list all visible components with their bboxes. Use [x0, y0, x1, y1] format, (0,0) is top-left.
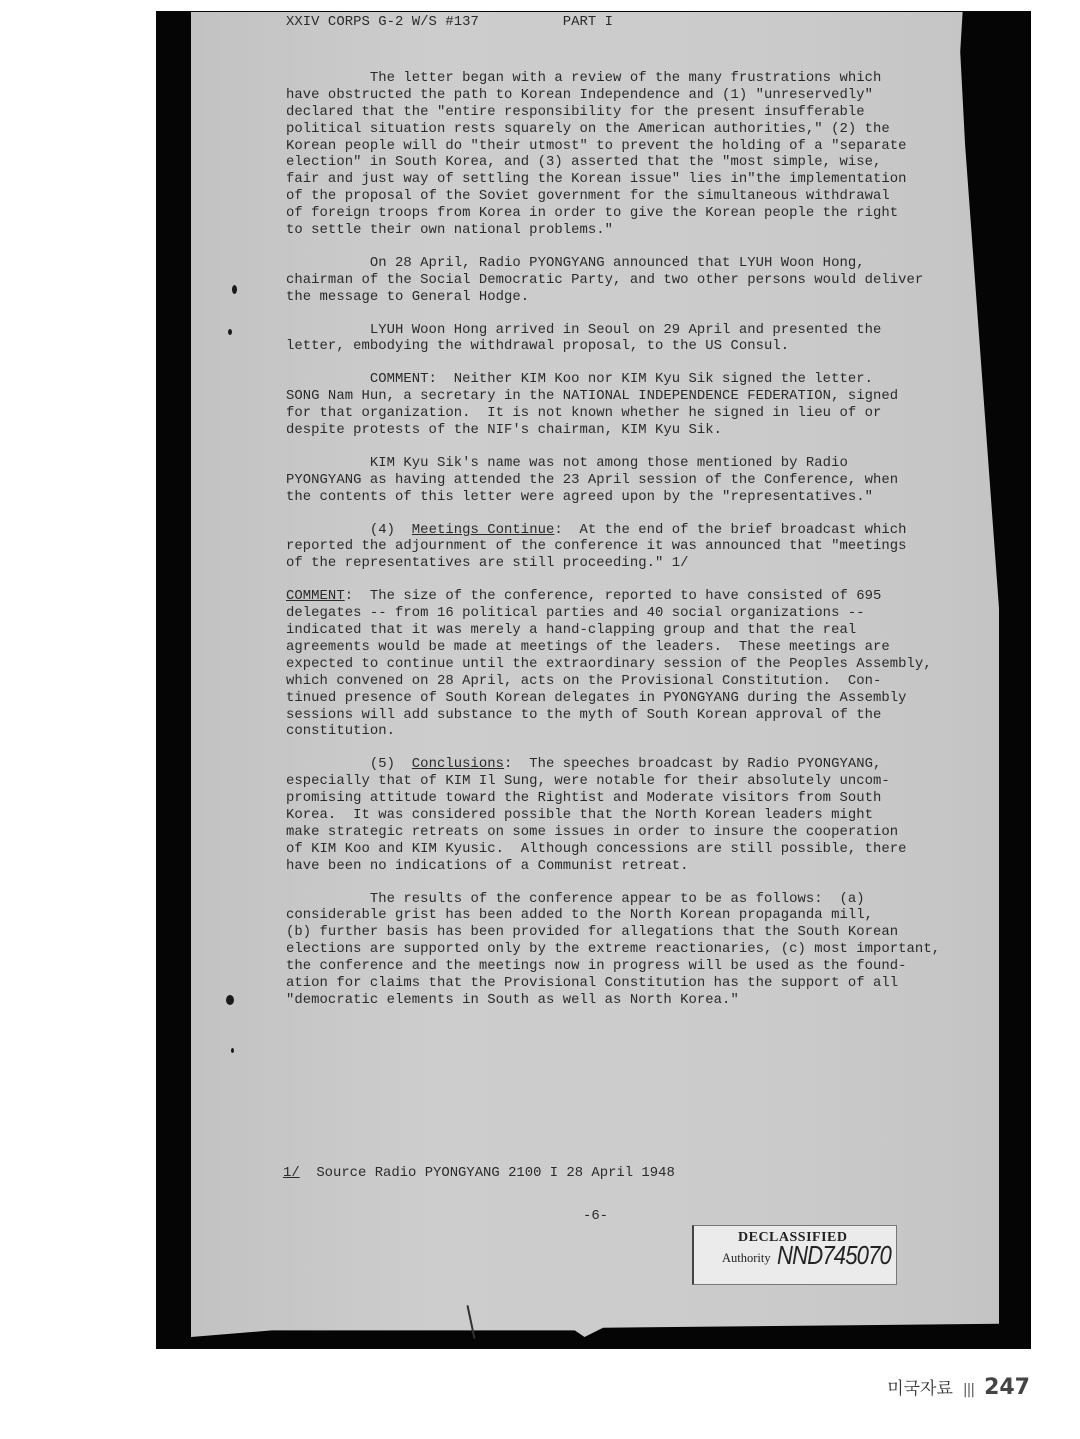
- heading-prefix: (4): [286, 522, 412, 538]
- text-line: elections are supported only by the extr…: [286, 941, 946, 958]
- heading-suffix: : The size of the conference, reported t…: [345, 588, 882, 604]
- text-line: make strategic retreats on some issues i…: [286, 824, 946, 841]
- paragraph-lyuh-arrival: LYUH Woon Hong arrived in Seoul on 29 Ap…: [286, 322, 946, 356]
- text-line: for that organization. It is not known w…: [286, 405, 946, 422]
- paragraph-letter-review: The letter began with a review of the ma…: [286, 70, 946, 239]
- text-line: which convened on 28 April, acts on the …: [286, 673, 946, 690]
- text-line: have obstructed the path to Korean Indep…: [286, 87, 946, 104]
- text-line: of the proposal of the Soviet government…: [286, 188, 946, 205]
- stamp-authority-label: Authority: [722, 1251, 771, 1266]
- text-line: KIM Kyu Sik's name was not among those m…: [286, 455, 946, 472]
- document-page-number: -6-: [583, 1208, 608, 1224]
- text-line: agreements would be made at meetings of …: [286, 639, 946, 656]
- text-line: On 28 April, Radio PYONGYANG announced t…: [286, 255, 946, 272]
- text-line: The letter began with a review of the ma…: [286, 70, 946, 87]
- heading-prefix: (5): [286, 756, 412, 772]
- heading-suffix: : The speeches broadcast by Radio PYONGY…: [504, 756, 881, 772]
- text-line: The results of the conference appear to …: [286, 891, 946, 908]
- text-line: promising attitude toward the Rightist a…: [286, 790, 946, 807]
- text-line: Korean people will do "their utmost" to …: [286, 138, 946, 155]
- paragraph-results: The results of the conference appear to …: [286, 891, 946, 1009]
- text-line: SONG Nam Hun, a secretary in the NATIONA…: [286, 388, 946, 405]
- text-line: PYONGYANG as having attended the 23 Apri…: [286, 472, 946, 489]
- text-line: expected to continue until the extraordi…: [286, 656, 946, 673]
- text-line: considerable grist has been added to the…: [286, 907, 946, 924]
- text-line: of the representatives are still proceed…: [286, 555, 946, 572]
- document-body: XXIV CORPS G-2 W/S #137 PART I The lette…: [286, 14, 946, 1025]
- section-4-meetings-continue: (4) Meetings Continue: At the end of the…: [286, 522, 946, 573]
- margin-mark: [231, 1048, 234, 1053]
- text-line: political situation rests squarely on th…: [286, 121, 946, 138]
- text-line: especially that of KIM Il Sung, were not…: [286, 773, 946, 790]
- text-line: letter, embodying the withdrawal proposa…: [286, 338, 946, 355]
- text-line: declared that the "entire responsibility…: [286, 104, 946, 121]
- text-line: "democratic elements in South as well as…: [286, 992, 946, 1009]
- text-line: the message to General Hodge.: [286, 289, 946, 306]
- book-section-title: 미국자료: [887, 1374, 953, 1399]
- text-line: delegates -- from 16 political parties a…: [286, 605, 946, 622]
- text-line: despite protests of the NIF's chairman, …: [286, 422, 946, 439]
- text-line: of KIM Koo and KIM Kyusic. Although conc…: [286, 841, 946, 858]
- heading-suffix: : At the end of the brief broadcast whic…: [554, 522, 906, 538]
- text-line: COMMENT: Neither KIM Koo nor KIM Kyu Sik…: [286, 371, 946, 388]
- text-line: COMMENT: The size of the conference, rep…: [286, 588, 946, 605]
- text-line: sessions will add substance to the myth …: [286, 707, 946, 724]
- text-line: to settle their own national problems.": [286, 222, 946, 239]
- text-line: indicated that it was merely a hand-clap…: [286, 622, 946, 639]
- book-page-number: 247: [984, 1375, 1030, 1400]
- text-line: fair and just way of settling the Korean…: [286, 171, 946, 188]
- text-line: chairman of the Social Democratic Party,…: [286, 272, 946, 289]
- text-line: the conference and the meetings now in p…: [286, 958, 946, 975]
- paragraph-comment-signers: COMMENT: Neither KIM Koo nor KIM Kyu Sik…: [286, 371, 946, 439]
- section-heading: Meetings Continue: [412, 522, 555, 538]
- footnote-text: Source Radio PYONGYANG 2100 I 28 April 1…: [300, 1165, 675, 1181]
- section-5-conclusions: (5) Conclusions: The speeches broadcast …: [286, 756, 946, 874]
- stamp-authority-value: NND745070: [777, 1240, 891, 1271]
- text-line: election" in South Korea, and (3) assert…: [286, 154, 946, 171]
- paragraph-comment-conference-size: COMMENT: The size of the conference, rep…: [286, 588, 946, 740]
- margin-mark: [226, 995, 234, 1005]
- text-line: Korea. It was considered possible that t…: [286, 807, 946, 824]
- text-line: LYUH Woon Hong arrived in Seoul on 29 Ap…: [286, 322, 946, 339]
- footnote: 1/ Source Radio PYONGYANG 2100 I 28 Apri…: [283, 1165, 675, 1181]
- paragraph-radio-announcement: On 28 April, Radio PYONGYANG announced t…: [286, 255, 946, 306]
- section-heading: Conclusions: [412, 756, 504, 772]
- text-line: reported the adjournment of the conferen…: [286, 538, 946, 555]
- comment-heading: COMMENT: [286, 588, 345, 604]
- footnote-marker: 1/: [283, 1165, 300, 1181]
- text-line: of foreign troops from Korea in order to…: [286, 205, 946, 222]
- margin-mark: [232, 285, 237, 294]
- footer-separator: |||: [963, 1382, 974, 1398]
- text-line: tinued presence of South Korean delegate…: [286, 690, 946, 707]
- text-line: (b) further basis has been provided for …: [286, 924, 946, 941]
- text-line: (5) Conclusions: The speeches broadcast …: [286, 756, 946, 773]
- book-page-footer: 미국자료 ||| 247: [887, 1374, 1030, 1400]
- text-line: have been no indications of a Communist …: [286, 858, 946, 875]
- text-line: constitution.: [286, 723, 946, 740]
- text-line: the contents of this letter were agreed …: [286, 489, 946, 506]
- paragraph-kim-kyu-sik: KIM Kyu Sik's name was not among those m…: [286, 455, 946, 506]
- text-line: ation for claims that the Provisional Co…: [286, 975, 946, 992]
- declassified-stamp: DECLASSIFIED Authority NND745070: [692, 1225, 897, 1285]
- document-header: XXIV CORPS G-2 W/S #137 PART I: [286, 14, 946, 34]
- margin-mark: [228, 329, 232, 335]
- text-line: (4) Meetings Continue: At the end of the…: [286, 522, 946, 539]
